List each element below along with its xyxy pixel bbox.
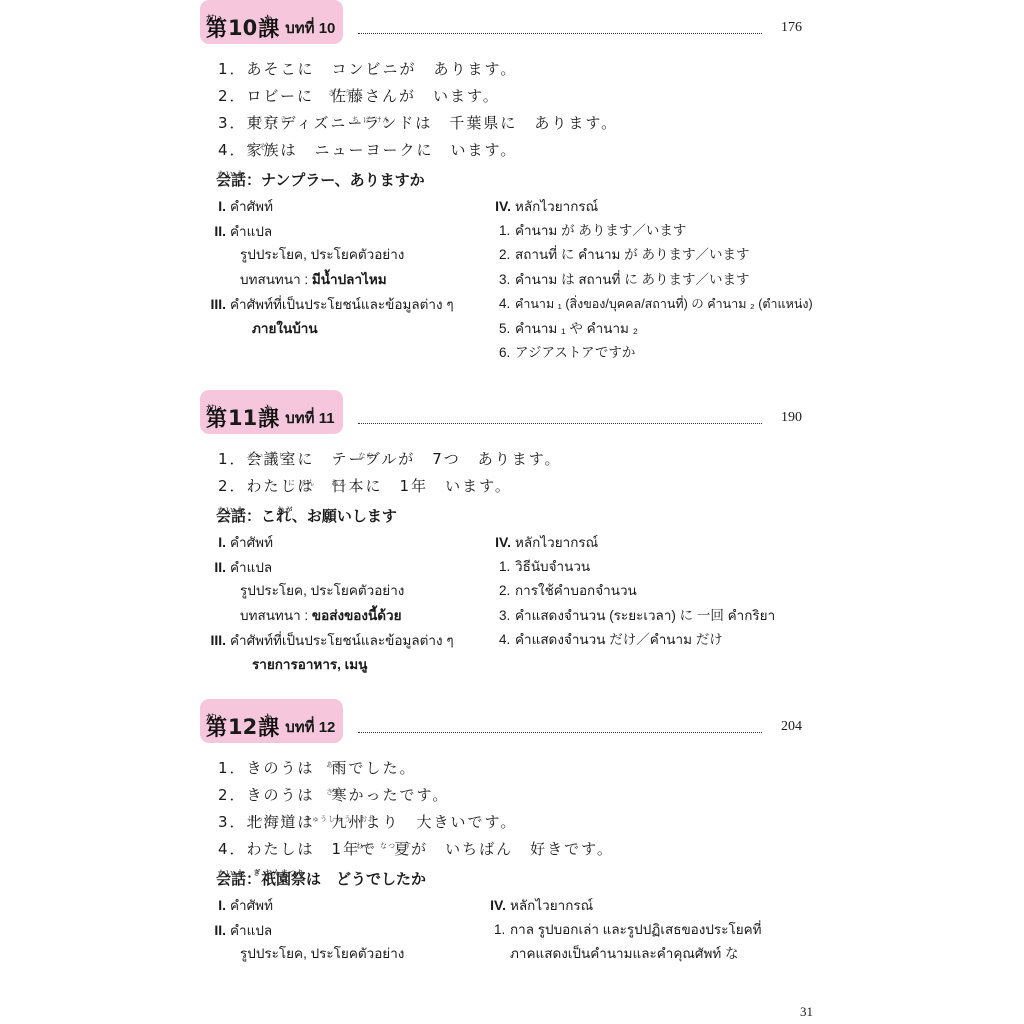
section-useful-vocab[interactable]: III.คำศัพท์ที่เป็นประโยชน์และข้อมูลต่าง … <box>200 292 480 317</box>
example-sentences: かい ぎ しつ なな1．会議室に テーブルが 7つ あります。 に ほん ねん2… <box>218 446 810 500</box>
conversation-title: かい わ会話：ナンプラー、ありますか <box>216 166 810 194</box>
lesson-12: だい第 12 か課 บทที่ 12 204 あめ1．きのうは 雨でした。 さむ… <box>200 699 810 983</box>
grammar-item[interactable]: 6.アジアストアですか <box>485 341 815 366</box>
grammar-item[interactable]: 1.วิธีนับจำนวน <box>485 555 815 580</box>
subsection-conversation[interactable]: บทสนทนา : มีน้ำปลาไหม <box>200 268 480 293</box>
furigana: か <box>264 8 272 30</box>
right-column: IV.หลักไวยากรณ์ 1.วิธีนับจำนวน 2.การใช้ค… <box>485 530 815 653</box>
dotted-leader <box>358 423 762 424</box>
section-vocabulary[interactable]: I.คำศัพท์ <box>200 893 480 918</box>
lesson-thai-title: บทที่ 10 <box>285 18 335 40</box>
sentence: かい ぎ しつ なな1．会議室に テーブルが 7つ あります。 <box>218 446 810 473</box>
furigana: ねん なつ す <box>356 833 412 860</box>
section-translation[interactable]: II.คำแปล <box>200 555 480 580</box>
section-translation[interactable]: II.คำแปล <box>200 918 480 943</box>
left-column: I.คำศัพท์ II.คำแปล รูปประโยค, ประโยคตัวอ… <box>200 893 480 967</box>
lesson-badge[interactable]: だい第 11 か課 บทที่ 11 <box>200 390 343 434</box>
toc-page-number[interactable]: 190 <box>781 410 802 426</box>
contents-columns: I.คำศัพท์ II.คำแปล รูปประโยค, ประโยคตัวอ… <box>200 893 810 983</box>
lesson-thai-title: บทที่ 12 <box>285 717 335 739</box>
grammar-item[interactable]: 1.กาล รูปบอกเล่า และรูปปฏิเสธของประโยคที… <box>480 918 810 943</box>
dotted-leader <box>358 732 762 733</box>
right-column: IV.หลักไวยากรณ์ 1.กาล รูปบอกเล่า และรูปป… <box>480 893 810 967</box>
lesson-header: だい第 12 か課 บทที่ 12 204 <box>200 699 810 745</box>
furigana: だい <box>206 398 222 420</box>
furigana: か <box>264 398 272 420</box>
lesson-number: 11 <box>228 406 257 430</box>
sentence: に ほん ねん2．わたしは 日本に 1年 います。 <box>218 473 810 500</box>
section-grammar[interactable]: IV.หลักไวยากรณ์ <box>485 530 815 555</box>
furigana: さむ <box>326 779 342 806</box>
lesson-suffix: か課 <box>258 717 279 739</box>
lesson-prefix: だい第 <box>206 717 227 739</box>
grammar-item-continued: ภาคแสดงเป็นคำนามและคำคุณศัพท์ な <box>480 942 810 967</box>
furigana: あめ <box>326 752 342 779</box>
dotted-leader <box>358 33 762 34</box>
lesson-badge[interactable]: だい第 10 か課 บทที่ 10 <box>200 0 343 44</box>
grammar-item[interactable]: 3.คำนาม は สถานที่ に あります／います <box>485 268 815 293</box>
furigana: さとう <box>328 80 352 107</box>
furigana: ほっかいどう きゅうしゅう おお <box>248 806 376 833</box>
furigana: に ほん ねん <box>248 470 347 497</box>
sentence: とうきょう ち ば けん3．東京ディズニーランドは 千葉県に あります。 <box>218 110 810 137</box>
toc-page-number[interactable]: 176 <box>781 20 802 36</box>
sentence: 1．あそこに コンビニが あります。 <box>218 56 810 83</box>
left-column: I.คำศัพท์ II.คำแปล รูปประโยค, ประโยคตัวอ… <box>200 194 480 341</box>
subsection-sentences[interactable]: รูปประโยค, ประโยคตัวอย่าง <box>200 579 480 604</box>
lesson-11: だい第 11 か課 บทที่ 11 190 かい ぎ しつ なな1．会議室に … <box>200 390 810 690</box>
sentence: ほっかいどう きゅうしゅう おお3．北海道は 九州より 大きいです。 <box>218 809 810 836</box>
section-translation[interactable]: II.คำแปล <box>200 219 480 244</box>
section-grammar[interactable]: IV.หลักไวยากรณ์ <box>480 893 810 918</box>
sentence: さとう2．ロビーに 佐藤さんが います。 <box>218 83 810 110</box>
page-number: 31 <box>800 1004 813 1020</box>
lesson-header: だい第 10 か課 บทที่ 10 176 <box>200 0 810 46</box>
lesson-number: 12 <box>228 715 257 739</box>
conversation-title: かい わ ぎ おんまつり会話：祇園祭は どうでしたか <box>216 865 810 893</box>
section-grammar[interactable]: IV.หลักไวยากรณ์ <box>485 194 815 219</box>
left-column: I.คำศัพท์ II.คำแปล รูปประโยค, ประโยคตัวอ… <box>200 530 480 677</box>
sentence: ねん なつ す4．わたしは 1年で 夏が いちばん 好きです。 <box>218 836 810 863</box>
furigana: とうきょう ち ば けん <box>248 107 390 134</box>
furigana: かい ぎ しつ なな <box>248 443 374 470</box>
sentence: か ぞく4．家族は ニューヨークに います。 <box>218 137 810 164</box>
lesson-suffix: か課 <box>258 18 279 40</box>
furigana: か ぞく <box>248 134 275 161</box>
furigana: だい <box>206 8 222 30</box>
example-sentences: あめ1．きのうは 雨でした。 さむ2．きのうは 寒かったです。 ほっかいどう き… <box>218 755 810 863</box>
grammar-item[interactable]: 5.คำนาม ₁ や คำนาม ₂ <box>485 317 815 342</box>
right-column: IV.หลักไวยากรณ์ 1.คำนาม が あります／います 2.สถา… <box>485 194 815 366</box>
section-useful-vocab[interactable]: III.คำศัพท์ที่เป็นประโยชน์และข้อมูลต่าง … <box>200 628 480 653</box>
subsection-topic[interactable]: รายการอาหาร, เมนู <box>200 653 480 678</box>
subsection-topic[interactable]: ภายในบ้าน <box>200 317 480 342</box>
toc-page-number[interactable]: 204 <box>781 719 802 735</box>
lesson-10: だい第 10 か課 บทที่ 10 176 1．あそこに コンビニが あります… <box>200 0 810 374</box>
furigana: かい わ ねが <box>218 496 293 524</box>
grammar-item[interactable]: 4.คำแสดงจำนวน だけ／คำนาม だけ <box>485 628 815 653</box>
lesson-header: だい第 11 か課 บทที่ 11 190 <box>200 390 810 436</box>
subsection-sentences[interactable]: รูปประโยค, ประโยคตัวอย่าง <box>200 942 480 967</box>
sentence: さむ2．きのうは 寒かったです。 <box>218 782 810 809</box>
grammar-item[interactable]: 4.คำนาม ₁ (สิ่งของ/บุคคล/สถานที่) の คำนา… <box>485 292 815 317</box>
lesson-prefix: だい第 <box>206 408 227 430</box>
lesson-suffix: か課 <box>258 408 279 430</box>
grammar-item[interactable]: 2.สถานที่ に คำนาม が あります／います <box>485 243 815 268</box>
example-sentences: 1．あそこに コンビニが あります。 さとう2．ロビーに 佐藤さんが います。 … <box>218 56 810 164</box>
section-vocabulary[interactable]: I.คำศัพท์ <box>200 530 480 555</box>
section-vocabulary[interactable]: I.คำศัพท์ <box>200 194 480 219</box>
grammar-item[interactable]: 1.คำนาม が あります／います <box>485 219 815 244</box>
subsection-conversation[interactable]: บทสนทนา : ขอส่งของนี้ด้วย <box>200 604 480 629</box>
grammar-item[interactable]: 2.การใช้คำบอกจำนวน <box>485 579 815 604</box>
furigana: かい わ ぎ おんまつり <box>218 859 305 887</box>
grammar-item[interactable]: 3.คำแสดงจำนวน (ระยะเวลา) に 一回 คำกริยา <box>485 604 815 629</box>
conversation-title: かい わ ねが会話：これ、お願いします <box>216 502 810 530</box>
lesson-number: 10 <box>228 16 257 40</box>
furigana: かい わ <box>218 160 245 188</box>
sentence: あめ1．きのうは 雨でした。 <box>218 755 810 782</box>
furigana: だい <box>206 707 222 729</box>
contents-columns: I.คำศัพท์ II.คำแปล รูปประโยค, ประโยคตัวอ… <box>200 530 810 690</box>
lesson-prefix: だい第 <box>206 18 227 40</box>
lesson-badge[interactable]: だい第 12 か課 บทที่ 12 <box>200 699 343 743</box>
subsection-sentences[interactable]: รูปประโยค, ประโยคตัวอย่าง <box>200 243 480 268</box>
contents-columns: I.คำศัพท์ II.คำแปล รูปประโยค, ประโยคตัวอ… <box>200 194 810 374</box>
furigana: か <box>264 707 272 729</box>
lesson-thai-title: บทที่ 11 <box>285 408 334 430</box>
